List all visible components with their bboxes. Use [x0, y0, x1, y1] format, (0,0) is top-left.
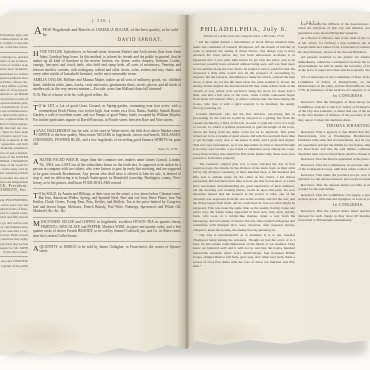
advert-upholsterer: HYNE TAYLOR, Upholsterer, in Second-stre…	[33, 50, 181, 98]
congress-heading: In CONGRESS.	[298, 203, 370, 207]
resolve-paragraph: Resolved, That the men be appointed at t…	[298, 157, 370, 161]
newspaper-spread: ( 336 ) of all kinds of small hardware a…	[0, 9, 370, 357]
advert-date: June 15, 1776.	[33, 147, 181, 151]
resolve-paragraph: Resolved, That it appears to this Board …	[298, 130, 370, 156]
drop-cap: M	[33, 220, 41, 227]
advert-body: USCOVADO SUGAR and COFFEE in hogsheads, …	[33, 220, 181, 237]
news-item: At a Board of Officers, met at the wish …	[298, 36, 370, 54]
resolve-paragraph: Resolved, That the committees can supply…	[298, 193, 370, 202]
advert-jamaica-sugar: AFEW Hogsheads and Barrels of JAMAICA SU…	[33, 27, 181, 43]
advert-body: FEW Hogsheads and Barrels of JAMAICA SUG…	[43, 27, 178, 37]
advert-signature: DAVID SPROAT.	[34, 37, 178, 43]
advert-amelia-taylor: AMELIA TAYLOR, Milliner and Mantua Maker…	[33, 78, 181, 91]
strip-signature: HOMSON, Sec.	[0, 188, 28, 193]
news-item: Last Thursday the Officers of the Associ…	[298, 22, 370, 35]
conference-notice: AT a Conference of the Committee of New-…	[298, 75, 370, 93]
letter-paragraph: “ On the eighth instant a detachment of …	[193, 40, 295, 111]
advert-hazlehurst: ISAAC HAZLEHURST has for sale, at his st…	[33, 129, 181, 152]
letter-extract-caption: Extract of a letter from the Camp at Sor…	[193, 34, 295, 38]
resolve-paragraph: Resolved, That while the province troops…	[298, 173, 370, 182]
advert-iron-goods: TO be SOLD, by Austin and Billings, at t…	[33, 192, 181, 214]
strip-fragment: of all kinds of small hardware ages, and…	[0, 33, 28, 50]
advert-body: SILVER FACED WATCH, larger than the comm…	[33, 158, 181, 184]
advert-indigo: AQUANTITY of INDIGO to be sold by James …	[33, 245, 181, 254]
strip-rule	[0, 256, 28, 257]
right-page: ( 337 ) PHILADELPHIA, July 6. Extract of…	[187, 9, 370, 357]
advert-body: YNE TAYLOR, Upholsterer, in Second-stree…	[33, 50, 181, 76]
letter-paragraph: “ Our loss is inconsiderable as to numbe…	[193, 233, 295, 268]
column-rule	[33, 154, 181, 155]
column-rule	[33, 241, 181, 242]
strip-fragment: sentatives of the UNITED merica, in GENE…	[0, 155, 28, 184]
left-page: ( 336 ) of all kinds of small hardware a…	[0, 9, 187, 357]
resolve-paragraph: Resolved, That the United States hired q…	[298, 209, 370, 222]
drop-cap: A	[34, 27, 43, 37]
right-column-congress: Last Thursday the Officers of the Associ…	[298, 22, 370, 224]
right-column-news: PHILADELPHIA, July 6. Extract of a lette…	[193, 26, 295, 270]
left-advert-column: AFEW Hogsheads and Barrels of JAMAICA SU…	[33, 27, 181, 254]
strip-fragment: foreigners amongst us, and has the inhab…	[0, 55, 28, 155]
column-rule	[33, 188, 181, 189]
letter-paragraph: Colonel Maxwell, who led the first divis…	[193, 112, 295, 160]
column-rule	[33, 217, 181, 218]
letter-paragraph: “ The Generals original plan was to have…	[193, 162, 295, 233]
advert-note: N. B. Part of a house to be let, with go…	[33, 93, 181, 97]
photo-backdrop: ( 336 ) of all kinds of small hardware a…	[0, 0, 370, 370]
column-rule	[33, 125, 181, 126]
advert-body: SAAC HAZLEHURST has for sale, at his sto…	[33, 129, 181, 146]
resolve-paragraph: Resolved, That the Quarter-master provid…	[298, 183, 370, 192]
printer-notice: All persons indebted to the printer are …	[298, 55, 370, 73]
resolve-paragraph: Resolved, That the Delegates of New-Jers…	[298, 100, 370, 122]
advert-body: QUANTITY of INDIGO to be sold by James G…	[39, 245, 181, 253]
advert-lost-watch: ASILVER FACED WATCH, larger than the com…	[33, 158, 181, 185]
philadelphia-dateline-heading: PHILADELPHIA, July 6.	[193, 26, 295, 33]
strip-rule	[0, 52, 28, 53]
strip-fragment: now lies TIMOTHY Captain of the prime	[0, 259, 28, 267]
advert-body: O be SOLD, by Austin and Billings, at th…	[33, 192, 181, 214]
advert-body: O be LET, a Lot of good Grass Ground, in…	[33, 104, 181, 121]
congress-heading: In CONGRESS.	[298, 94, 370, 98]
column-rule	[33, 101, 181, 102]
strip-rule	[0, 195, 28, 196]
signature-line: THOMAS WHARTON.	[298, 124, 370, 128]
strip-fragment: ready to go, and will be sold her invent…	[0, 221, 28, 254]
column-rule	[33, 46, 181, 47]
strip-fragment: brig TWO FRIENDS, about seven years old,…	[0, 198, 28, 219]
resolve-paragraph: Resolved, That the Commissary do provide…	[298, 163, 370, 172]
advert-to-be-let: TO be LET, a Lot of good Grass Ground, i…	[33, 104, 181, 122]
page-number-left: ( 336 )	[92, 18, 111, 23]
left-strip-column: of all kinds of small hardware ages, and…	[0, 33, 28, 268]
advert-muscovado-sugar: MUSCOVADO SUGAR and COFFEE in hogsheads,…	[33, 220, 181, 238]
